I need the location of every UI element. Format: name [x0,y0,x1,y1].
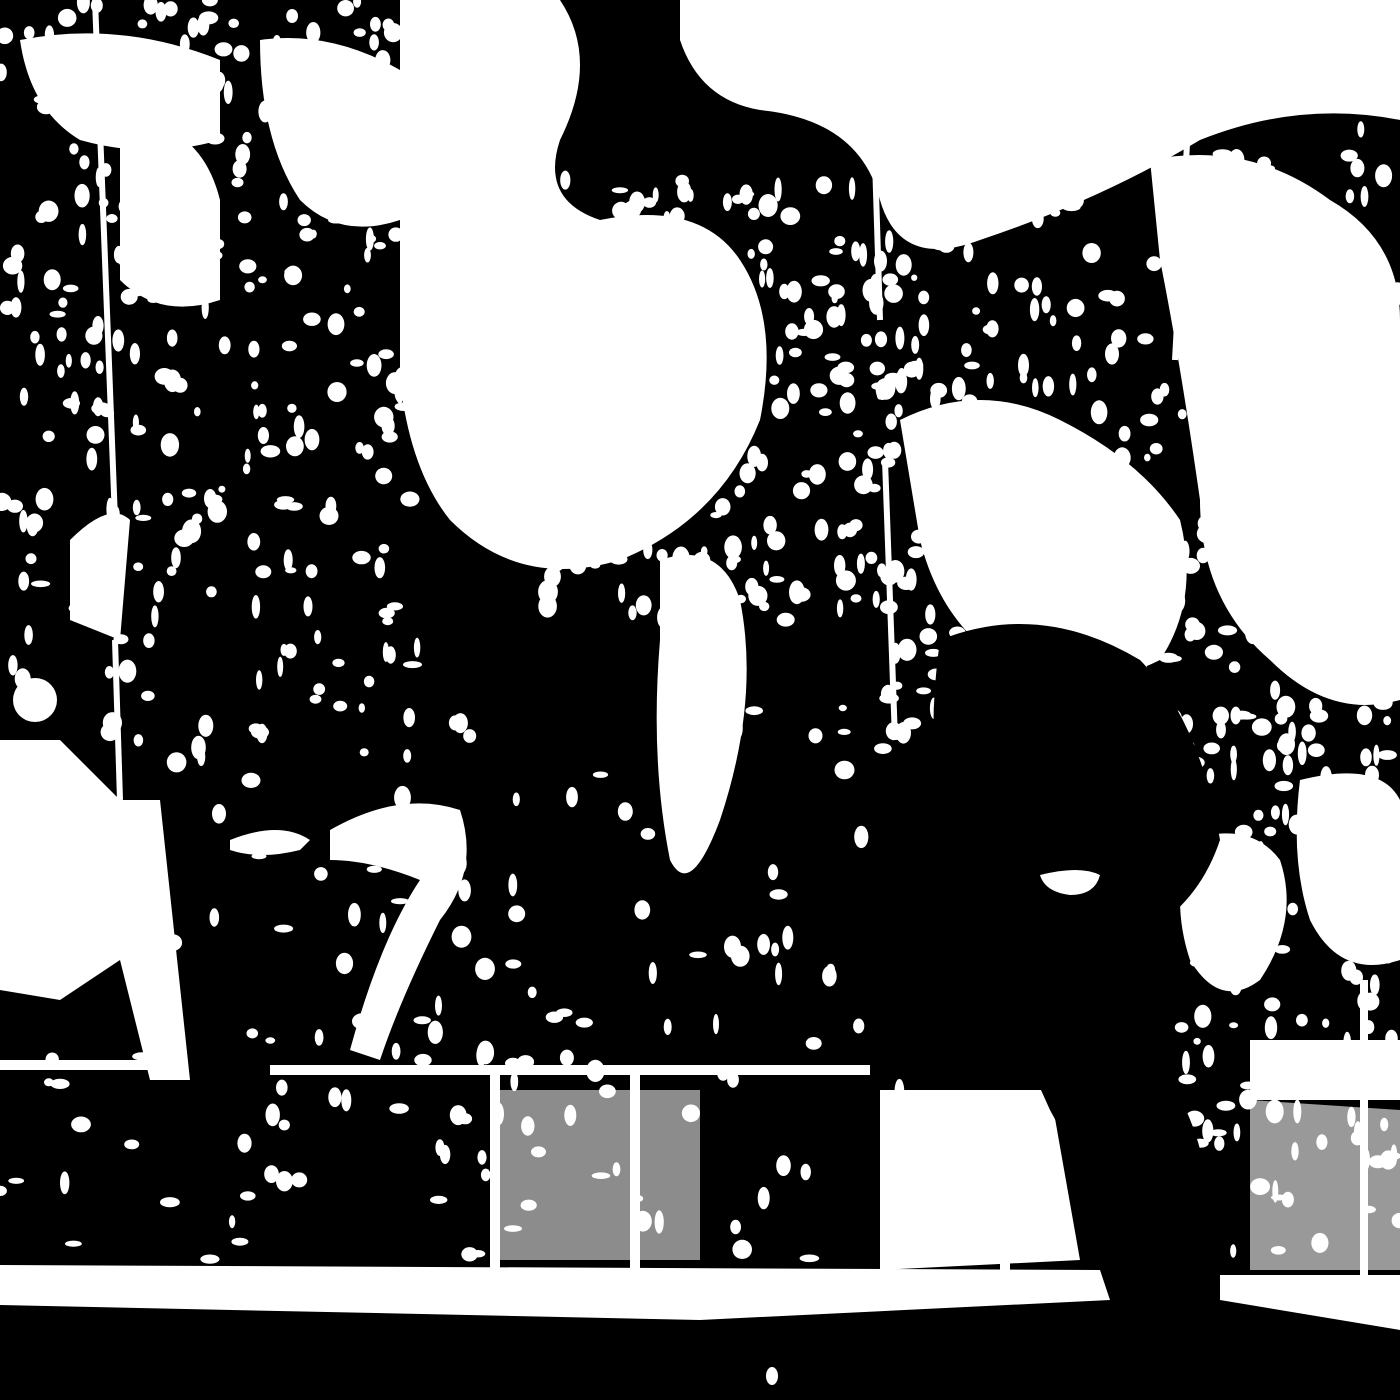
ground-spot [766,1367,778,1385]
binarized-park-photo [0,0,1400,1400]
